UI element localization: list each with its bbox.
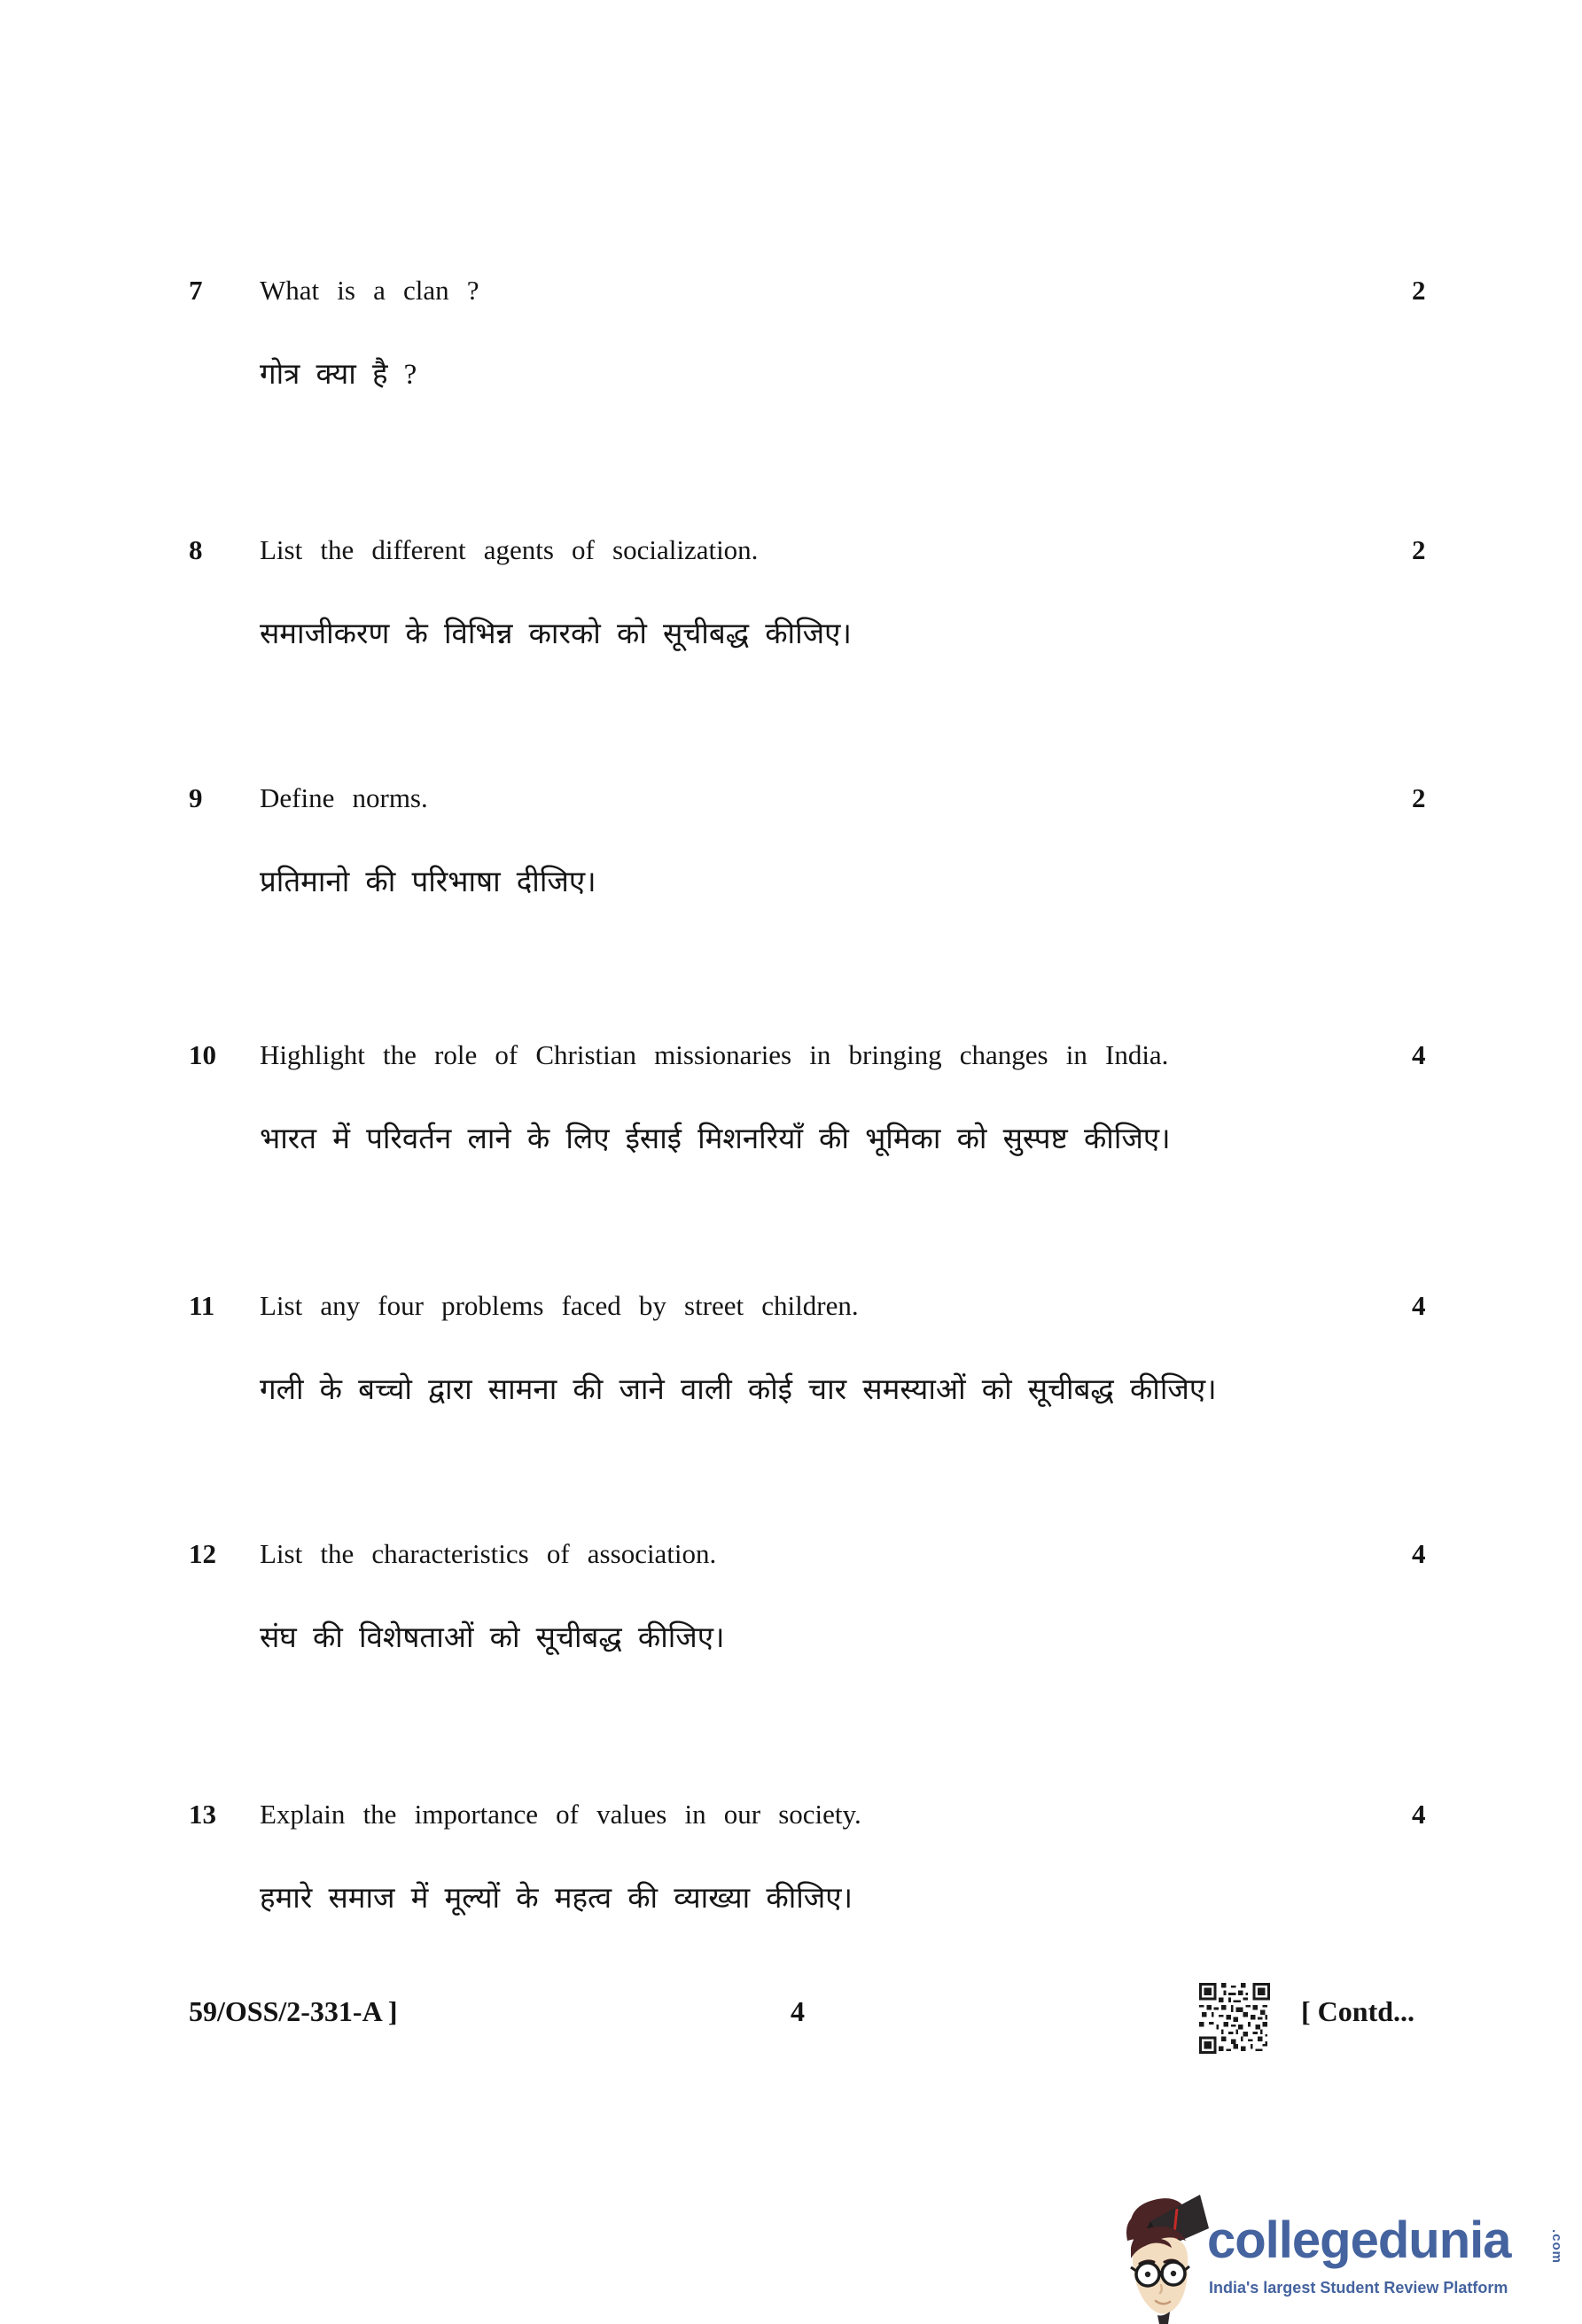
question-row: 13 Explain the importance of values in o… (0, 1799, 1582, 1940)
question-marks: 2 (1412, 275, 1426, 307)
paper-code: 59/OSS/2-331-A ] (189, 1995, 398, 2028)
question-text-english: List the characteristics of association. (260, 1538, 716, 1570)
question-text-english: Highlight the role of Christian missiona… (260, 1039, 1168, 1071)
question-number: 13 (189, 1799, 216, 1830)
question-number: 12 (189, 1538, 216, 1570)
question-text-english: What is a clan ? (260, 275, 479, 307)
question-row: 7 What is a clan ? 2 गोत्र क्या है ? (0, 275, 1582, 416)
question-marks: 4 (1412, 1039, 1426, 1071)
question-text-english: Define norms. (260, 782, 428, 814)
collegedunia-tagline: India's largest Student Review Platform (1209, 2279, 1508, 2297)
page-number: 4 (771, 1995, 824, 2028)
question-text-english: List the different agents of socializati… (260, 534, 758, 566)
question-marks: 2 (1412, 782, 1426, 814)
question-marks: 4 (1412, 1799, 1426, 1830)
question-text-hindi: हमारे समाज में मूल्यों के महत्व की व्याख… (260, 1877, 853, 1916)
question-text-english: List any four problems faced by street c… (260, 1290, 859, 1322)
question-number: 8 (189, 534, 203, 566)
contd-label: [ Contd... (1301, 1995, 1414, 2028)
question-marks: 4 (1412, 1538, 1426, 1570)
collegedunia-mascot-icon (1118, 2182, 1209, 2324)
question-text-hindi: प्रतिमानो की परिभाषा दीजिए। (260, 860, 596, 900)
question-number: 11 (189, 1290, 214, 1322)
question-marks: 2 (1412, 534, 1426, 566)
collegedunia-wordmark: collegedunia (1207, 2215, 1511, 2266)
question-row: 9 Define norms. 2 प्रतिमानो की परिभाषा द… (0, 782, 1582, 924)
question-text-hindi: भारत में परिवर्तन लाने के लिए ईसाई मिशनर… (260, 1117, 1171, 1157)
question-text-hindi: समाजीकरण के विभिन्न कारको को सूचीबद्ध की… (260, 612, 852, 652)
question-row: 12 List the characteristics of associati… (0, 1538, 1582, 1680)
question-number: 7 (189, 275, 203, 307)
question-marks: 4 (1412, 1290, 1426, 1322)
question-text-hindi: गोत्र क्या है ? (260, 353, 417, 393)
question-text-hindi: संघ की विशेषताओं को सूचीबद्ध कीजिए। (260, 1616, 725, 1656)
question-row: 8 List the different agents of socializa… (0, 534, 1582, 676)
question-row: 11 List any four problems faced by stree… (0, 1290, 1582, 1432)
collegedunia-dotcom-suffix: .com (1549, 2229, 1564, 2264)
collegedunia-logo: collegedunia .com India's largest Studen… (1118, 2178, 1579, 2324)
question-number: 10 (189, 1039, 216, 1071)
question-text-hindi: गली के बच्चो द्वारा सामना की जाने वाली क… (260, 1368, 1217, 1408)
qr-code-icon (1199, 1983, 1270, 2054)
question-row: 10 Highlight the role of Christian missi… (0, 1039, 1582, 1181)
question-text-english: Explain the importance of values in our … (260, 1799, 861, 1830)
question-number: 9 (189, 782, 203, 814)
